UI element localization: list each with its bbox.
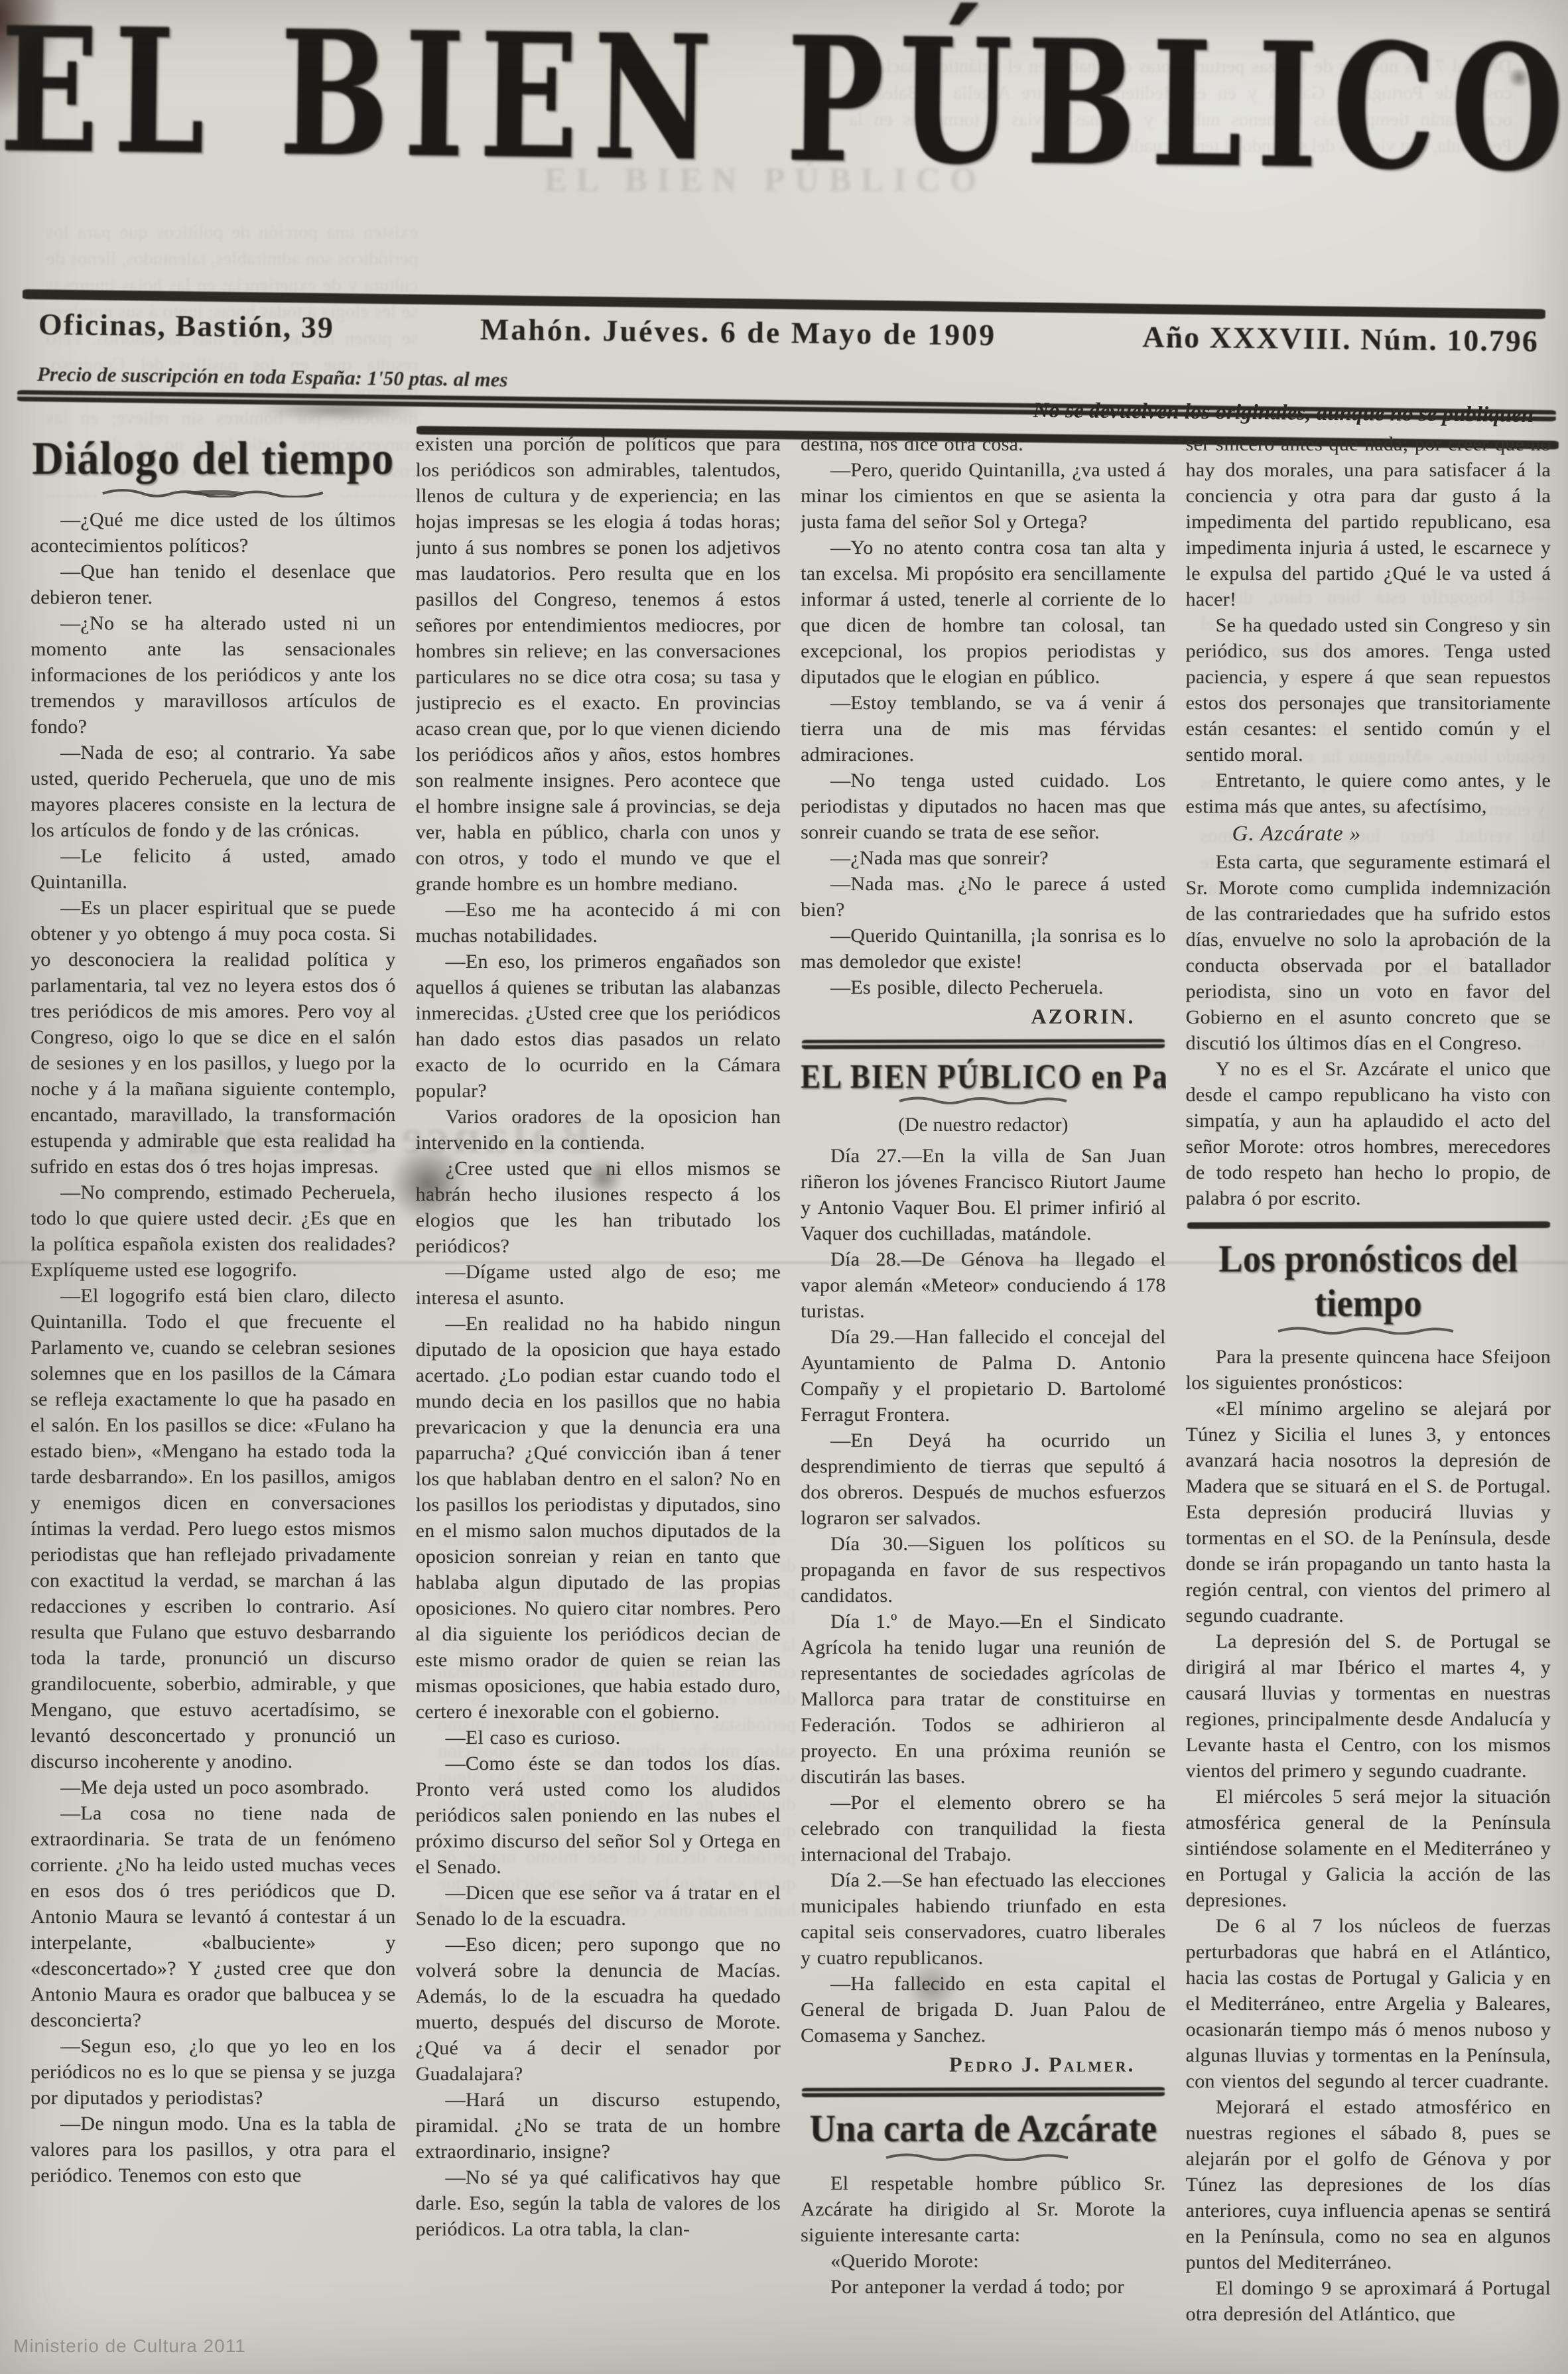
paragraph: «Querido Morote: [801,2248,1166,2274]
section-rule [802,1039,1165,1049]
article-body: Esta carta, que seguramente estimará el … [1186,849,1551,1211]
paragraph: —Dicen que ese señor va á tratar en el S… [416,1880,781,1932]
paragraph: La depresión del S. de Portugal se dirig… [1186,1628,1551,1784]
paragraph: —Dígame usted algo de eso; me interesa e… [416,1259,781,1311]
news-item: Día 1.º de Mayo.—En el Sindicato Agrícol… [801,1609,1166,1790]
article-body: existen una porción de políticos que par… [416,431,781,2242]
paragraph: —Segun eso, ¿lo que yo leo en los periód… [31,2033,396,2111]
paragraph: —Hará un discurso estupendo, piramidal. … [416,2087,781,2164]
newspaper-page: EL BIEN PÚBLICO Balance electoral existe… [0,0,1568,2374]
article-headline-azcarate: Una carta de Azcárate [801,2106,1166,2150]
news-item: Día 2.—Se han efectuado las elecciones m… [801,1867,1166,1971]
article-body: El respetable hombre público Sr. Azcárat… [801,2170,1166,2300]
headline-flourish-icon [897,1096,1069,1104]
paragraph: El miércoles 5 será mejor la situación a… [1186,1784,1551,1913]
paragraph: De 6 al 7 los núcleos de fuerzas perturb… [1186,1913,1551,2094]
paragraph: —La cosa no tiene nada de extraordinaria… [31,1800,396,2033]
letter-signature: G. Azcárate » [1186,822,1551,846]
paragraph: Varios oradores de la oposicion han inte… [416,1104,781,1155]
article-columns: Diálogo del tiempo —¿Qué me dice usted d… [31,431,1551,2322]
paragraph: —No tenga usted cuidado. Los periodistas… [801,767,1166,845]
article-headline-pronosticos: Los pronósticos del tiempo [1186,1236,1551,1325]
column-4: ser sincero antes que nada; por creer qu… [1186,431,1551,2322]
news-item: —Ha fallecido en esta capital el General… [801,1971,1166,2048]
paragraph: —No comprendo, estimado Pecheruela, todo… [31,1179,396,1283]
paragraph: El respetable hombre público Sr. Azcárat… [801,2170,1166,2248]
headline-flourish-icon [1275,1327,1461,1335]
subscription-price: Precio de suscripción en toda España: 1'… [37,362,767,395]
masthead: EL BIEN PÚBLICO [0,24,1568,176]
paragraph: El domingo 9 se aproximará á Portugal ot… [1186,2275,1551,2322]
paragraph: existen una porción de políticos que par… [416,431,781,897]
paragraph: «El mínimo argelino se alejará por Túnez… [1186,1396,1551,1628]
paragraph: Se ha quedado usted sin Congreso y sin p… [1186,612,1551,767]
paragraph: —Es posible, dilecto Pecheruela. [801,974,1166,1000]
headline-flourish-icon [100,488,326,497]
paragraph: —Eso dicen; pero supongo que no volverá … [416,1932,781,2087]
news-item: Día 28.—De Génova ha llegado el vapor al… [801,1246,1166,1324]
paragraph: destina, nos dice otra cosa. [801,431,1166,457]
paragraph: Por anteponer la verdad á todo; por [801,2274,1166,2300]
article-body: destina, nos dice otra cosa.—Pero, queri… [801,431,1166,1000]
paragraph: Entretanto, le quiere como antes, y le e… [1186,767,1551,819]
paragraph: —Pero, querido Quintanilla, ¿va usted á … [801,457,1166,535]
column-1: Diálogo del tiempo —¿Qué me dice usted d… [31,431,396,2322]
article-headline-dialogo: Diálogo del tiempo [31,432,396,486]
section-rule [802,2087,1165,2097]
section-rule [1187,1221,1549,1228]
news-item: —En Deyá ha ocurrido un desprendimiento … [801,1427,1166,1531]
paragraph: ¿Cree usted que ni ellos mismos se habrá… [416,1155,781,1259]
news-item: Día 27.—En la villa de San Juan riñeron … [801,1143,1166,1246]
news-item: Día 30.—Siguen los políticos su propagan… [801,1531,1166,1609]
paragraph: —De ningun modo. Una es la tabla de valo… [31,2111,396,2188]
paragraph: Esta carta, que seguramente estimará el … [1186,849,1551,1056]
news-item: —Por el elemento obrero se ha celebrado … [801,1790,1166,1867]
paragraph: —¿Nada mas que sonreir? [801,845,1166,871]
paragraph: —El caso es curioso. [416,1725,781,1750]
news-item: Día 29.—Han fallecido el concejal del Ay… [801,1324,1166,1427]
paragraph: —No sé ya qué calificativos hay que darl… [416,2164,781,2242]
paragraph: —Yo no atento contra cosa tan alta y tan… [801,535,1166,690]
masthead-title: EL BIEN PÚBLICO [0,0,1568,210]
paragraph: Mejorará el estado atmosférico en nuestr… [1186,2094,1551,2275]
originals-notice: No se devuelven los originales, aunque n… [539,394,1534,428]
paragraph: Y no es el Sr. Azcárate el unico que des… [1186,1056,1551,1211]
article-headline-palma: EL BIEN PÚBLICO en Palma [801,1057,1166,1096]
column-2: existen una porción de políticos que par… [416,431,781,2322]
paragraph: —Le felicito á usted, amado Quintanilla. [31,843,396,895]
author-signature: Pedro J. Palmer. [801,2052,1166,2077]
paragraph: —Es un placer espiritual que se puede ob… [31,895,396,1179]
paragraph: —El logogrifo está bien claro, dilecto Q… [31,1283,396,1774]
paragraph: ser sincero antes que nada; por creer qu… [1186,431,1551,612]
column-3: destina, nos dice otra cosa.—Pero, queri… [801,431,1166,2322]
archive-watermark: Ministerio de Cultura 2011 [13,2336,246,2357]
paragraph: Para la presente quincena hace Sfeijoon … [1186,1344,1551,1396]
issue-number: Año XXXVIII. Núm. 10.796 [1142,319,1539,359]
office-address: Oficinas, Bastión, 39 [38,306,334,345]
paragraph: —Querido Quintanilla, ¡la sonrisa es lo … [801,923,1166,974]
paragraph: —En eso, los primeros engañados son aque… [416,949,781,1104]
paragraph: —¿No se ha alterado usted ni un momento … [31,610,396,740]
paragraph: —Nada mas. ¿No le parece á usted bien? [801,871,1166,923]
paragraph: —Eso me ha acontecido á mi con muchas no… [416,897,781,949]
issue-date: Mahón. Juéves. 6 de Mayo de 1909 [480,312,997,353]
byline: (De nuestro redactor) [801,1114,1166,1136]
paragraph: —Como éste se dan todos los días. Pronto… [416,1750,781,1880]
paragraph: —Me deja usted un poco asombrado. [31,1774,396,1800]
paragraph: —En realidad no ha habido ningun diputad… [416,1311,781,1725]
author-signature: AZORIN. [801,1004,1166,1029]
headline-flourish-icon [883,2153,1082,2161]
article-body: ser sincero antes que nada; por creer qu… [1186,431,1551,819]
paragraph: —Nada de eso; al contrario. Ya sabe uste… [31,740,396,843]
article-body: Día 27.—En la villa de San Juan riñeron … [801,1143,1166,2048]
paragraph: —¿Qué me dice usted de los últimos acont… [31,507,396,559]
paragraph: —Estoy temblando, se va á venir á tierra… [801,690,1166,767]
article-body: —¿Qué me dice usted de los últimos acont… [31,507,396,2188]
paragraph: —Que han tenido el desenlace que debiero… [31,559,396,610]
article-body: Para la presente quincena hace Sfeijoon … [1186,1344,1551,2322]
